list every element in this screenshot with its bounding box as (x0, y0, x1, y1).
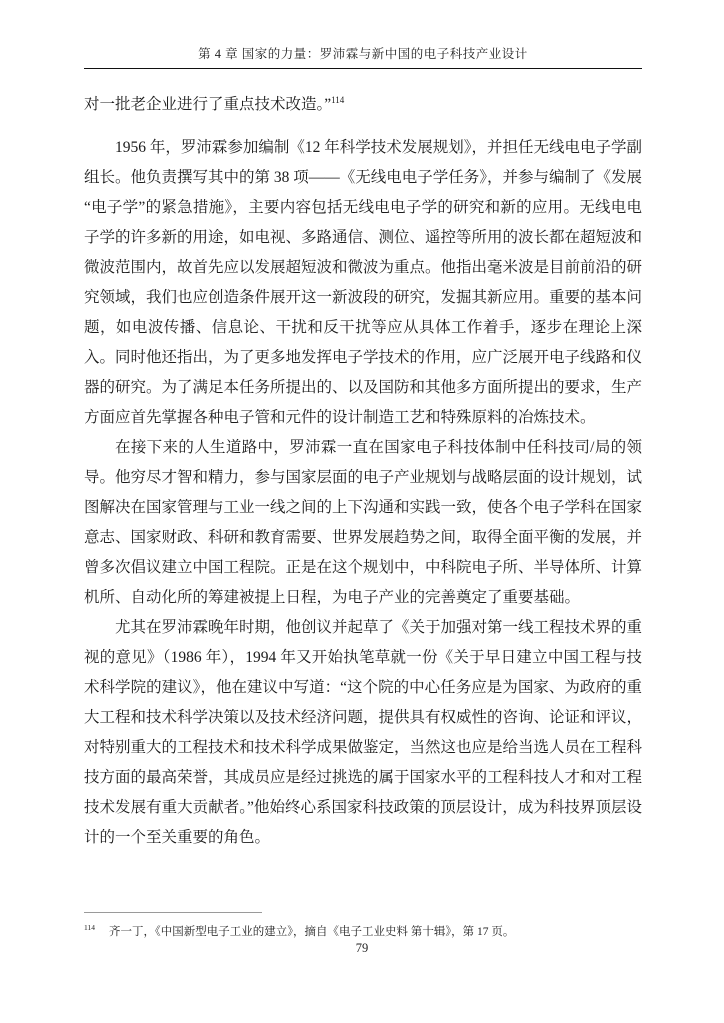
footnote-reference: 114 (331, 95, 344, 105)
header-rule (84, 68, 642, 69)
paragraph-text: 对一批老企业进行了重点技术改造。” (84, 96, 331, 113)
footnote-marker: 114 (84, 923, 95, 932)
paragraph: 尤其在罗沛霖晚年时期，他创议并起草了《关于加强对第一线工程技术界的重视的意见》（… (84, 613, 642, 853)
page-number: 79 (0, 941, 724, 956)
footnote-text: 齐一丁，《中国新型电子工业的建立》，摘自《电子工业史料 第十辑》，第 17 页。 (109, 926, 514, 938)
paragraph: 在接下来的人生道路中，罗沛霖一直在国家电子科技体制中任科技司/局的领导。他穷尽才… (84, 433, 642, 613)
page-content: 第 4 章 国家的力量：罗沛霖与新中国的电子科技产业设计 对一批老企业进行了重点… (84, 44, 642, 853)
document-page: 第 4 章 国家的力量：罗沛霖与新中国的电子科技产业设计 对一批老企业进行了重点… (0, 0, 724, 1023)
footnote: 114齐一丁，《中国新型电子工业的建立》，摘自《电子工业史料 第十辑》，第 17… (84, 920, 642, 940)
footnote-block: 114齐一丁，《中国新型电子工业的建立》，摘自《电子工业史料 第十辑》，第 17… (84, 912, 642, 940)
body-text: 对一批老企业进行了重点技术改造。”114 1956 年，罗沛霖参加编制《12 年… (84, 90, 642, 853)
footnote-separator-rule (84, 912, 262, 913)
running-header: 第 4 章 国家的力量：罗沛霖与新中国的电子科技产业设计 (84, 44, 642, 62)
paragraph: 1956 年，罗沛霖参加编制《12 年科学技术发展规划》，并担任无线电电子学副组… (84, 133, 642, 433)
paragraph-continuation: 对一批老企业进行了重点技术改造。”114 (84, 90, 642, 120)
